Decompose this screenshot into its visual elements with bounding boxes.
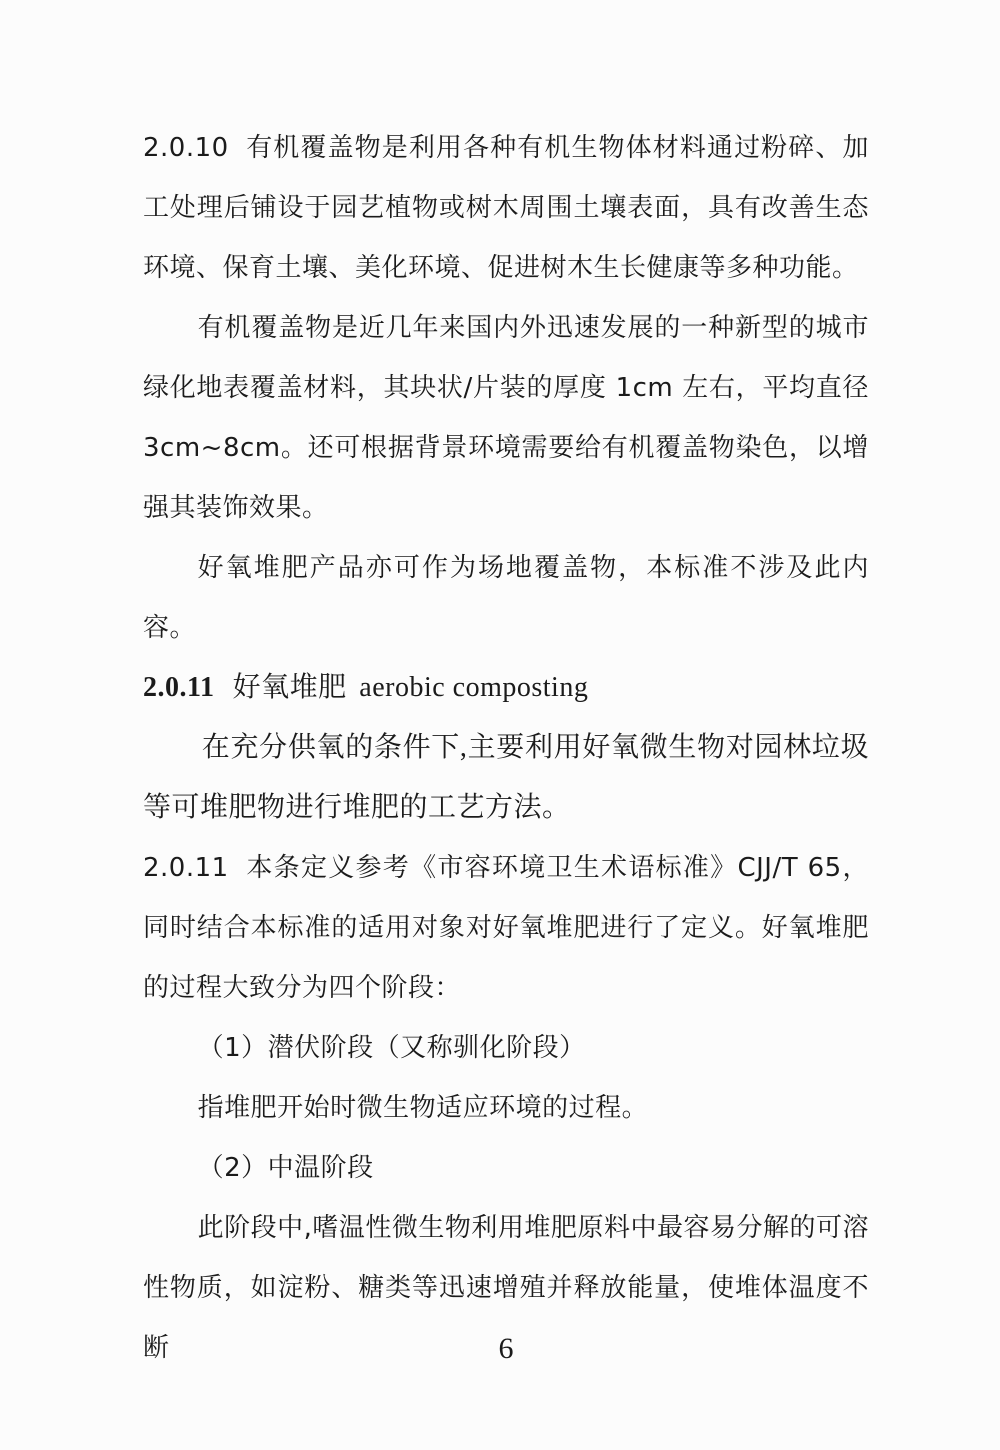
section-number: 2.0.10 [143, 133, 229, 163]
paragraph-text: 有机覆盖物是近几年来国内外迅速发展的一种新型的城市绿化地表覆盖材料，其块状/片装… [143, 313, 869, 523]
text-block: 2.0.10有机覆盖物是利用各种有机生物体材料通过粉碎、加工处理后铺设于园艺植物… [143, 118, 869, 1378]
section-number: 2.0.11 [143, 672, 214, 703]
section-number: 2.0.11 [143, 853, 229, 883]
paragraph-2-0-11-commentary: 2.0.11本条定义参考《市容环境卫生术语标准》CJJ/T 65，同时结合本标准… [143, 838, 869, 1018]
paragraph-mulch-description: 有机覆盖物是近几年来国内外迅速发展的一种新型的城市绿化地表覆盖材料，其块状/片装… [143, 298, 869, 538]
page-number: 6 [143, 1332, 869, 1366]
paragraph-text: 有机覆盖物是利用各种有机生物体材料通过粉碎、加工处理后铺设于园艺植物或树木周围土… [143, 133, 869, 283]
paragraph-2-0-10-definition: 2.0.10有机覆盖物是利用各种有机生物体材料通过粉碎、加工处理后铺设于园艺植物… [143, 118, 869, 298]
paragraph-aerobic-definition: 在充分供氧的条件下,主要利用好氧微生物对园林垃圾等可堆肥物进行堆肥的工艺方法。 [143, 718, 869, 838]
term-english: aerobic composting [359, 672, 588, 703]
term-chinese: 好氧堆肥 [233, 672, 347, 703]
paragraph-text: （1）潜伏阶段（又称驯化阶段） [198, 1033, 586, 1063]
paragraph-text: 好氧堆肥产品亦可作为场地覆盖物，本标准不涉及此内容。 [143, 553, 869, 643]
paragraph-text: 在充分供氧的条件下,主要利用好氧微生物对园林垃圾等可堆肥物进行堆肥的工艺方法。 [143, 732, 869, 823]
paragraph-compost-note: 好氧堆肥产品亦可作为场地覆盖物，本标准不涉及此内容。 [143, 538, 869, 658]
paragraph-text: （2）中温阶段 [198, 1153, 374, 1183]
paragraph-text: 本条定义参考《市容环境卫生术语标准》CJJ/T 65，同时结合本标准的适用对象对… [143, 853, 869, 1003]
paragraph-stage-1-description: 指堆肥开始时微生物适应环境的过程。 [143, 1078, 869, 1138]
list-item-stage-1: （1）潜伏阶段（又称驯化阶段） [143, 1018, 869, 1078]
list-item-stage-2: （2）中温阶段 [143, 1138, 869, 1198]
heading-2-0-11: 2.0.11好氧堆肥aerobic composting [143, 658, 869, 718]
document-page: 2.0.10有机覆盖物是利用各种有机生物体材料通过粉碎、加工处理后铺设于园艺植物… [0, 0, 1000, 1450]
paragraph-text: 指堆肥开始时微生物适应环境的过程。 [198, 1093, 649, 1123]
